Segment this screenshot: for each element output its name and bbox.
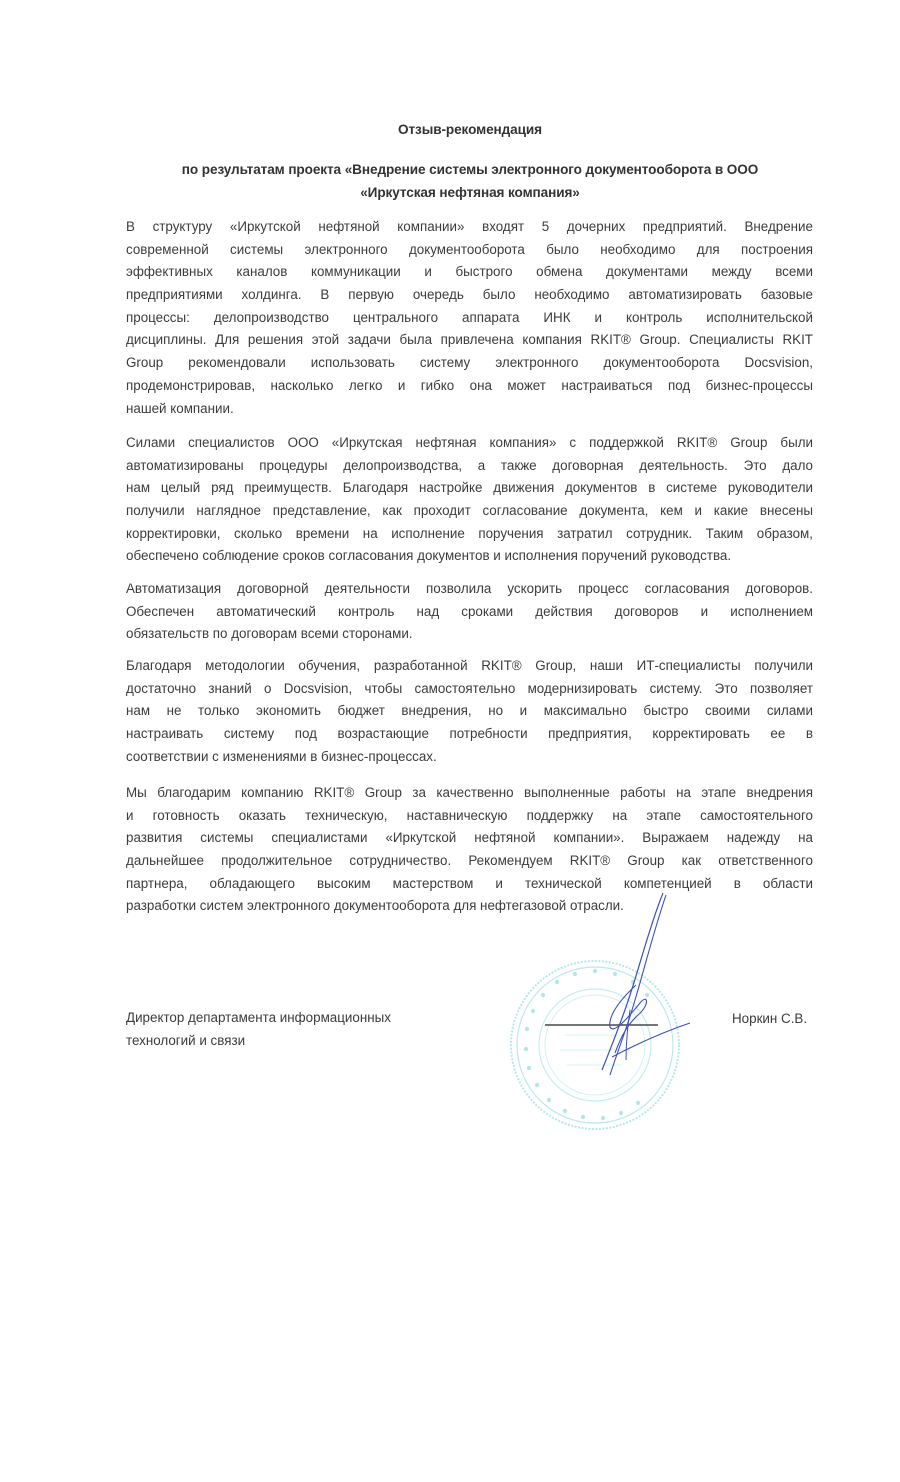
text-line: корректировки, сколько времени на исполн…: [126, 523, 813, 546]
text-line: нам целый ряд преимуществ. Благодаря нас…: [126, 477, 813, 500]
document-subtitle-line2: «Иркутская нефтяная компания»: [0, 185, 900, 200]
text-line: настраивать систему под возрастающие пот…: [126, 723, 813, 746]
text-line: автоматизированы процедуры делопроизводс…: [126, 455, 813, 478]
signatory-position: Директор департамента информационных тех…: [126, 1007, 391, 1052]
text-line: предприятиями холдинга. В первую очередь…: [126, 284, 813, 307]
text-line: обязательств по договорам всеми сторонам…: [126, 623, 813, 646]
text-line: Благодаря методологии обучения, разработ…: [126, 655, 813, 678]
text-line: Мы благодарим компанию RKIT® Group за ка…: [126, 782, 813, 805]
text-line: Обеспечен автоматический контроль над ср…: [126, 601, 813, 624]
text-line: современной системы электронного докумен…: [126, 239, 813, 262]
text-line: получили наглядное представление, как пр…: [126, 500, 813, 523]
document-title: Отзыв-рекомендация: [0, 122, 900, 137]
text-line: В структуру «Иркутской нефтяной компании…: [126, 216, 813, 239]
signature-icon: [540, 885, 700, 1115]
document-page: Отзыв-рекомендация по результатам проект…: [0, 0, 900, 1482]
paragraph-3: Автоматизация договорной деятельности по…: [126, 578, 813, 646]
text-line: нашей компании.: [126, 398, 813, 421]
text-line: развития системы специалистами «Иркутско…: [126, 827, 813, 850]
text-line: Group рекомендовали использовать систему…: [126, 352, 813, 375]
text-line: соответствии с изменениями в бизнес-проц…: [126, 746, 813, 769]
text-line: дальнейшее продолжительное сотрудничеств…: [126, 850, 813, 873]
text-line: Автоматизация договорной деятельности по…: [126, 578, 813, 601]
paragraph-4: Благодаря методологии обучения, разработ…: [126, 655, 813, 768]
text-line: и готовность оказать техническую, настав…: [126, 805, 813, 828]
text-line: достаточно знаний о Docsvision, чтобы са…: [126, 678, 813, 701]
document-subtitle-line1: по результатам проекта «Внедрение систем…: [0, 162, 900, 177]
text-line: разработки систем электронного документо…: [126, 895, 813, 918]
paragraph-1: В структуру «Иркутской нефтяной компании…: [126, 216, 813, 420]
signatory-position-line1: Директор департамента информационных: [126, 1007, 391, 1030]
text-line: обеспечено соблюдение сроков согласовани…: [126, 545, 813, 568]
signatory-name: Норкин С.В.: [732, 1011, 807, 1026]
text-line: дисциплины. Для решения этой задачи была…: [126, 329, 813, 352]
paragraph-2: Силами специалистов ООО «Иркутская нефтя…: [126, 432, 813, 568]
paragraph-5: Мы благодарим компанию RKIT® Group за ка…: [126, 782, 813, 918]
text-line: партнера, обладающего высоким мастерство…: [126, 873, 813, 896]
text-line: процессы: делопроизводство центрального …: [126, 307, 813, 330]
text-line: продемонстрировав, насколько легко и гиб…: [126, 375, 813, 398]
text-line: нам не только экономить бюджет внедрения…: [126, 700, 813, 723]
signatory-position-line2: технологий и связи: [126, 1030, 391, 1053]
text-line: эффективных каналов коммуникации и быстр…: [126, 261, 813, 284]
text-line: Силами специалистов ООО «Иркутская нефтя…: [126, 432, 813, 455]
